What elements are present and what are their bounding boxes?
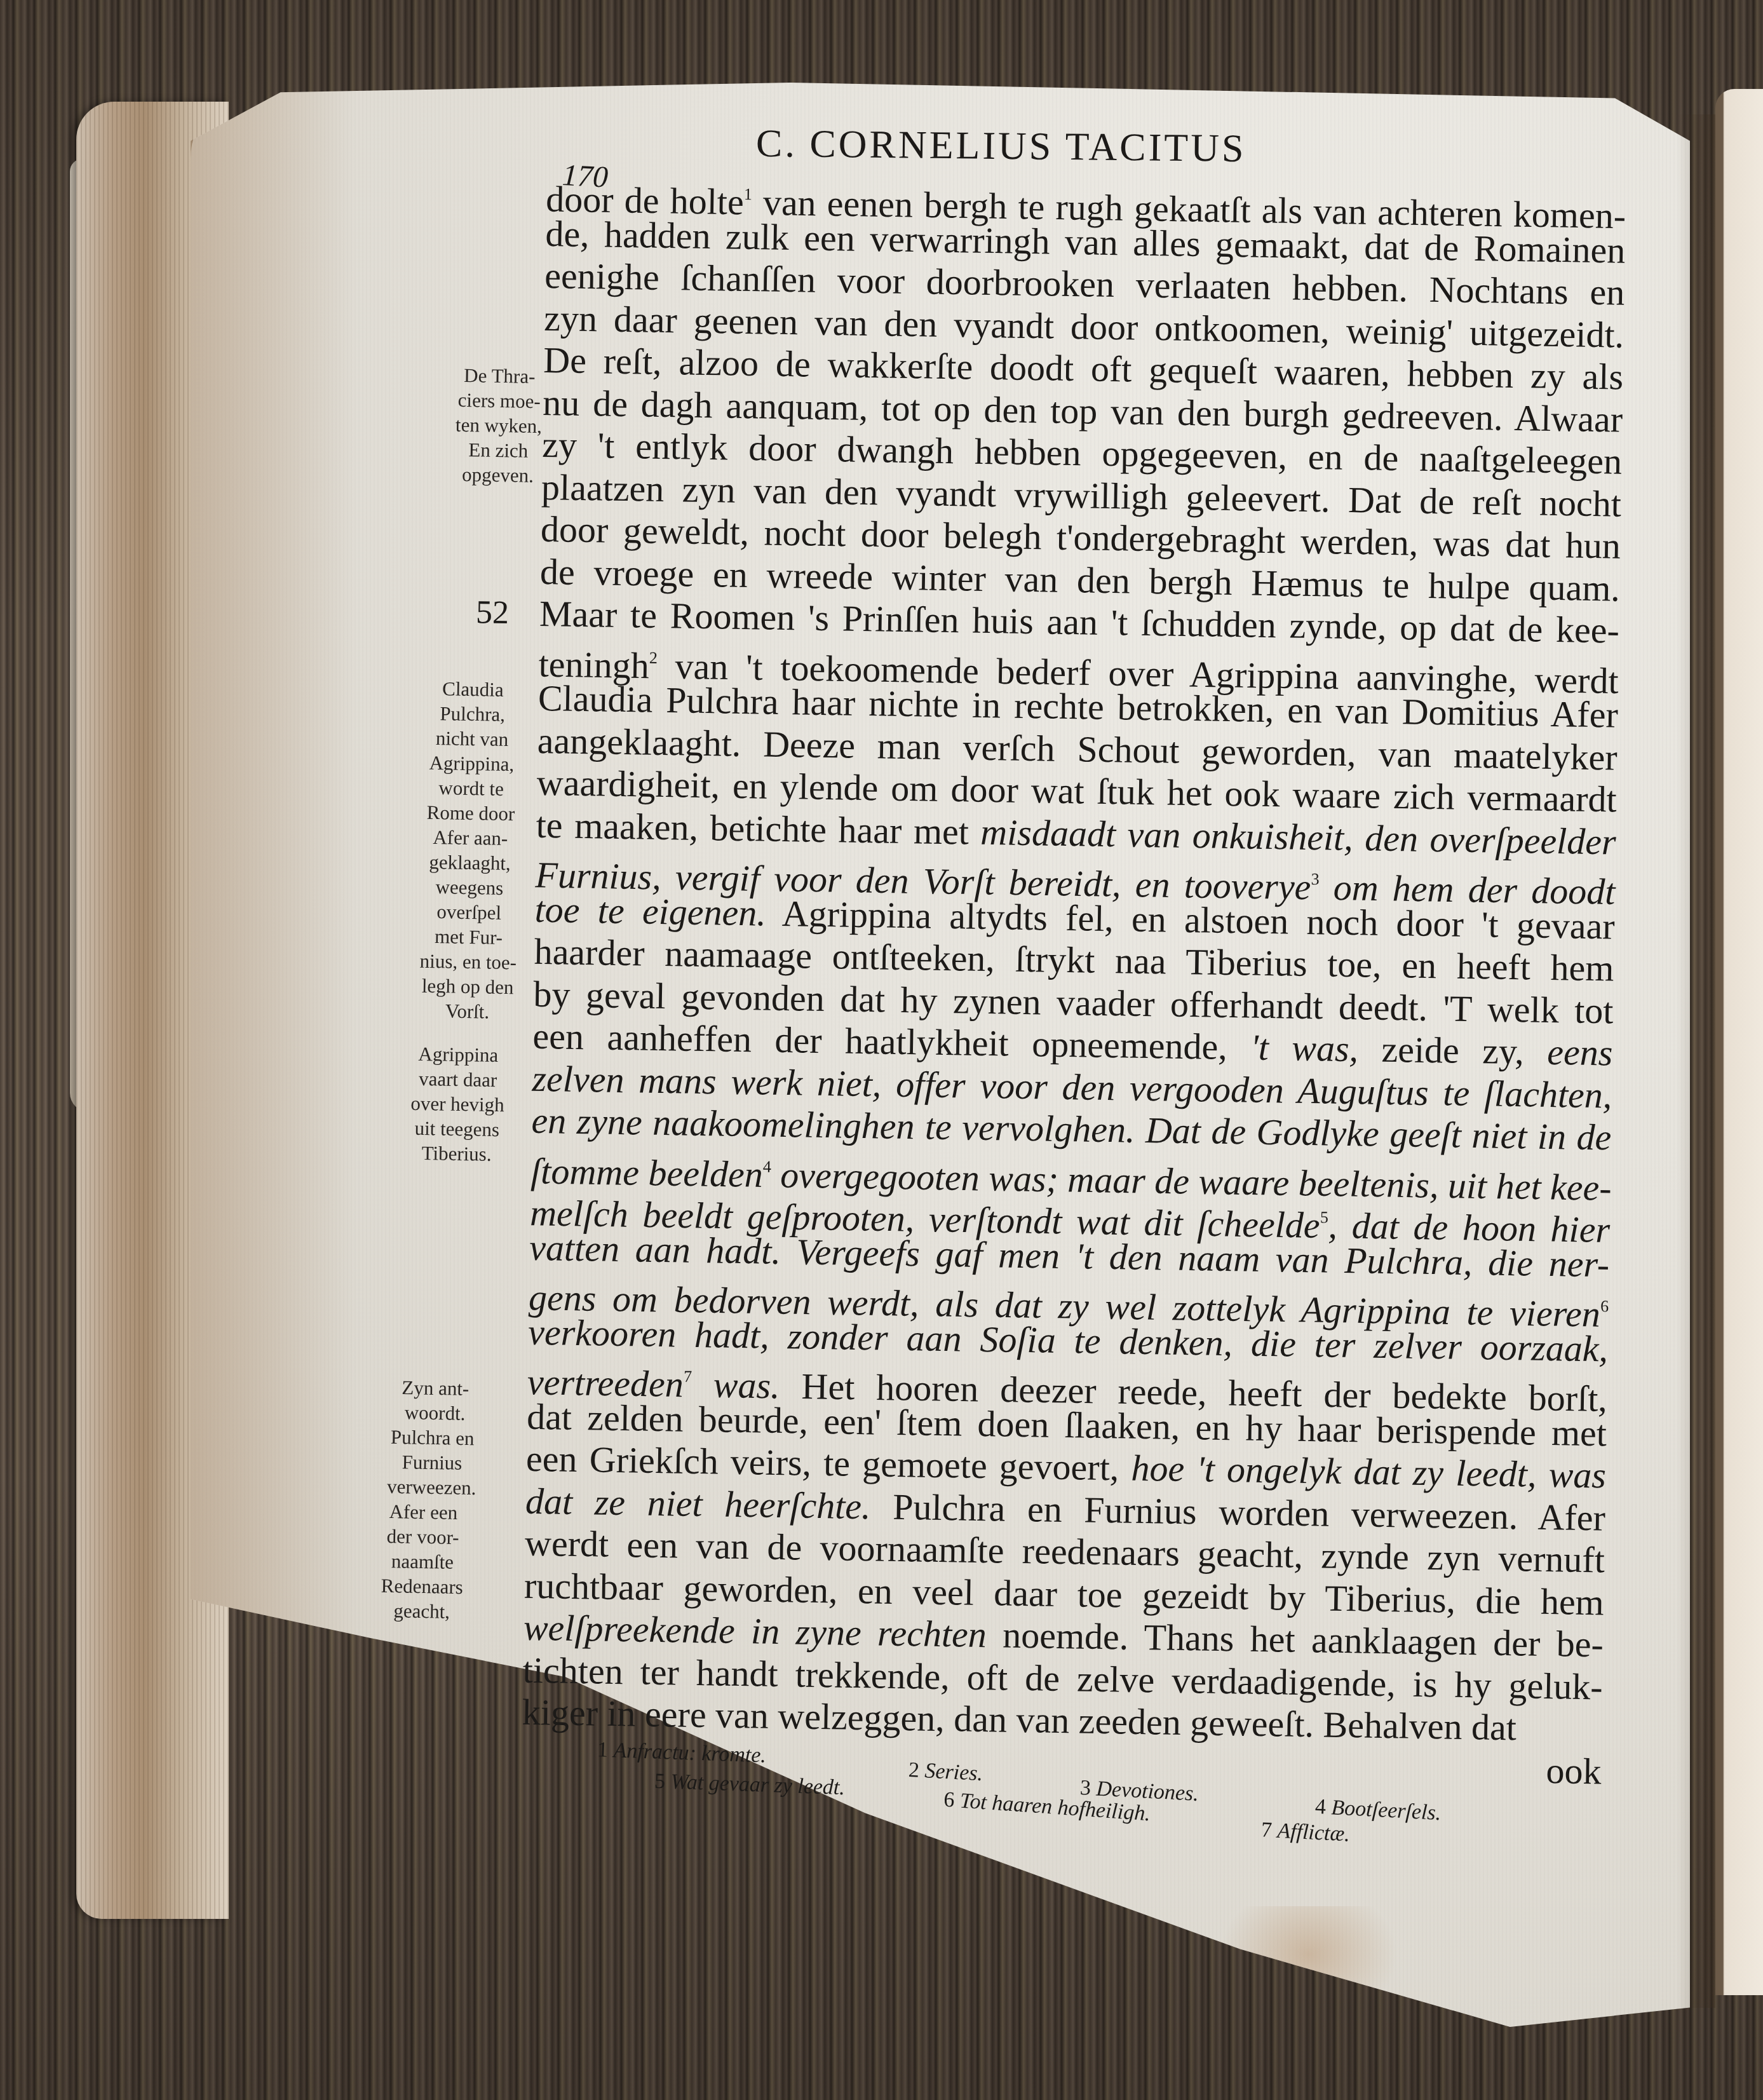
footnote-number: 7 — [1260, 1818, 1278, 1842]
footnote-text: Anfractu: kromte. — [613, 1738, 767, 1767]
facing-page-edge — [1715, 89, 1763, 1995]
footnote-marker: 4 — [763, 1157, 772, 1175]
italic-text: hoe 't ongelyk dat zy leedt, — [1131, 1447, 1537, 1495]
marginal-note: De Thra-ciers moe-ten wyken,En zichopgev… — [443, 363, 553, 489]
marginal-note-line: uit teegens — [403, 1116, 511, 1142]
marginal-note-line: Afer een — [369, 1499, 478, 1526]
footnote-text: Bootſeerſels. — [1331, 1796, 1442, 1825]
footnote-marker: 5 — [1320, 1208, 1329, 1226]
marginal-note: Pulchra enFurniusverweezen. — [377, 1425, 487, 1501]
footnote-marker: 2 — [649, 648, 658, 667]
italic-text: was — [1548, 1454, 1606, 1496]
footnote-marker: 7 — [684, 1367, 692, 1386]
main-text-block: 52 door de holte1 van eenen bergh te rug… — [521, 170, 1626, 1792]
marginal-note-line: En zich — [444, 437, 553, 464]
marginal-note-line: legh op den — [414, 973, 522, 999]
section-number: 52 — [476, 592, 510, 634]
running-head: C. CORNELIUS TACITUS — [756, 121, 1246, 172]
marginal-note-line: der voor- — [368, 1524, 477, 1550]
footnote-number: 2 — [908, 1758, 925, 1782]
marginal-note-line: geacht, — [367, 1598, 476, 1625]
marginal-note-line: ciers moe- — [445, 388, 553, 414]
marginal-note-line: Zyn ant- — [381, 1375, 490, 1402]
marginal-note-line: Agrippina, — [417, 750, 526, 777]
marginal-note-line: ten wyken, — [445, 412, 553, 439]
marginal-note: Afer eender voor-naamſteRedenaarsgeacht, — [367, 1499, 477, 1625]
footnote-number: 5 — [654, 1770, 671, 1794]
marginal-note-line: wordt te — [417, 775, 525, 802]
marginal-note-line: woordt. — [381, 1400, 489, 1426]
footnote-text: Afflictæ. — [1277, 1819, 1351, 1846]
marginal-note-line: Pulchra en — [378, 1425, 487, 1451]
gutter-shadow — [1677, 114, 1715, 2008]
marginal-note-line: overſpel — [415, 899, 523, 926]
marginal-note: Zyn ant-woordt. — [381, 1375, 489, 1426]
marginal-note-line: weegens — [415, 874, 524, 901]
footnote-number: 6 — [943, 1788, 961, 1813]
marginal-note-line: Rome door — [417, 800, 525, 827]
marginal-note-line: Agrippina — [404, 1041, 513, 1068]
marginal-note: Agrippinavaart daarover hevighuit teegen… — [402, 1041, 512, 1167]
roman-text: zeide zy, — [1358, 1028, 1548, 1073]
footnote-number: 4 — [1314, 1795, 1332, 1819]
marginal-note-line: Afer aan- — [416, 825, 525, 851]
italic-text: toe te eigenen. — [534, 888, 766, 933]
marginal-note-line: over hevigh — [403, 1091, 512, 1118]
marginal-note-line: nius, en toe- — [414, 948, 523, 975]
marginal-note-line: nicht van — [418, 726, 527, 752]
footnote-number: 1 — [597, 1738, 614, 1762]
marginal-note-line: verweezen. — [377, 1474, 486, 1501]
marginal-note-line: geklaaght, — [415, 850, 524, 876]
marginal-note-line: Vorſt. — [413, 998, 522, 1024]
marginal-note-line: Tiberius. — [402, 1141, 511, 1167]
marginal-note-line: naamſte — [368, 1548, 477, 1575]
marginal-note-line: Furnius — [378, 1449, 487, 1476]
italic-text: welſpreekende in zyne rechten — [523, 1607, 987, 1655]
marginal-note-line: Claudia — [419, 676, 527, 703]
footnote-marker: 6 — [1600, 1297, 1609, 1315]
footnote-marker: 1 — [744, 185, 753, 203]
marginal-note-line: met Fur- — [414, 923, 523, 950]
roman-text: ook — [1546, 1750, 1602, 1792]
footnote: 7 Afflictæ. — [1260, 1818, 1351, 1846]
italic-text: 't was, — [1250, 1027, 1359, 1070]
marginal-note-line: opgeven. — [443, 462, 552, 489]
marginal-note: ClaudiaPulchra,nicht vanAgrippina,wordt … — [413, 676, 527, 1025]
roman-text — [1536, 1454, 1549, 1495]
marginal-note-line: Redenaars — [368, 1573, 476, 1600]
footnote-text: Series. — [924, 1759, 983, 1785]
italic-text: eens — [1547, 1031, 1613, 1074]
footnote-number: 3 — [1079, 1776, 1097, 1800]
footnote-marker: 3 — [1311, 870, 1320, 888]
marginal-note-line: De Thra- — [445, 363, 554, 390]
italic-text: dat ze niet heerſchte. — [525, 1480, 872, 1527]
footnote: 2 Series. — [908, 1758, 983, 1786]
marginal-note-line: vaart daar — [403, 1066, 512, 1093]
roman-text: te maaken, betichte haar met — [536, 804, 981, 852]
marginal-note-line: Pulchra, — [418, 701, 527, 728]
